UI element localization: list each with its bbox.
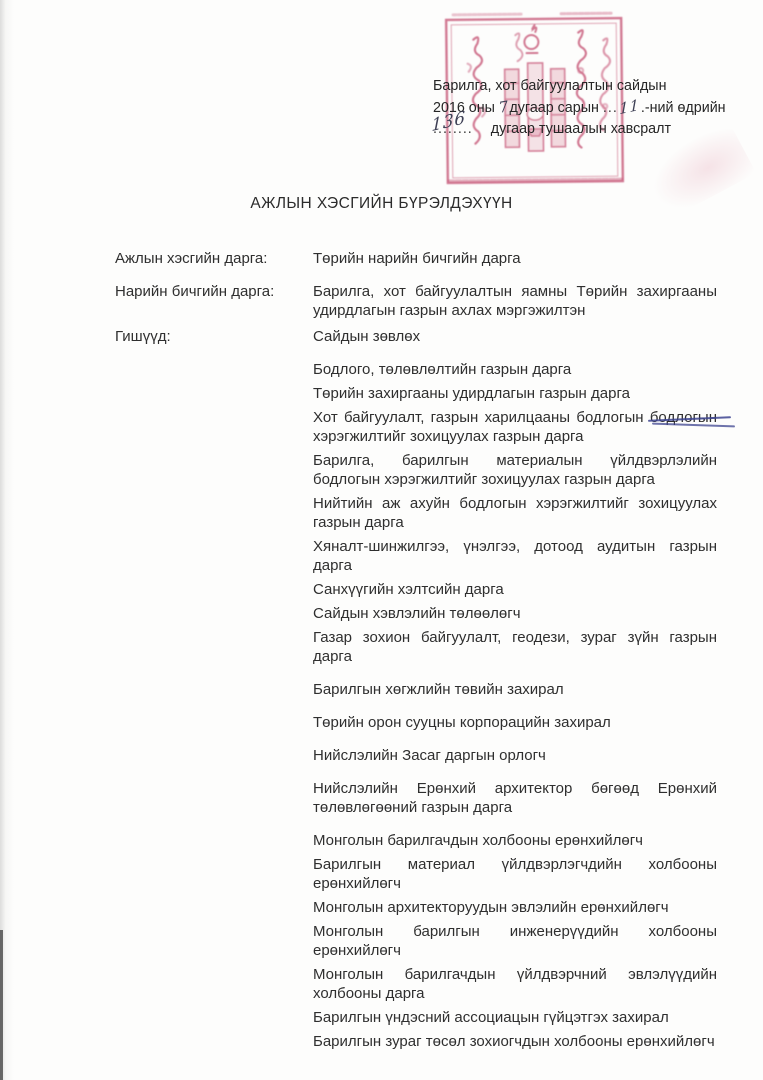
document-title: АЖЛЫН ХЭСГИЙН БҮРЭЛДЭХҮҮН (0, 195, 763, 213)
dotted-line: ... (603, 100, 618, 116)
member-item: Барилгын хөгжлийн төвийн захирал (313, 680, 717, 699)
scanned-document-page: Барилга, хот байгуулалтын сайдын 2016 он… (0, 0, 763, 1080)
annex-note-line2: 2016 оны 7дугаар сарын ...11.-ний өдрийн (433, 97, 753, 119)
handwritten-day: 11 (619, 95, 640, 121)
scan-edge-shadow (0, 0, 14, 1080)
member-item: Газар зохион байгуулалт, геодези, зураг … (313, 628, 717, 666)
role-row-secretary: Нарийн бичгийн дарга: Барилга, хот байгу… (115, 282, 717, 320)
role-label: Нарийн бичгийн дарга: (115, 282, 313, 320)
member-text: Хот байгуулалт, газрын харилцааны бодлог… (313, 409, 650, 426)
member-item: Нийтийн аж ахуйн бодлогын хэрэгжилтийг з… (313, 494, 717, 532)
member-item: Нийслэлийн Засаг даргын орлогч (313, 746, 717, 765)
annex-header-note: Барилга, хот байгуулалтын сайдын 2016 он… (433, 76, 753, 140)
member-item: Сайдын зөвлөх (313, 327, 717, 346)
role-value: Барилга, хот байгуулалтын яамны Төрийн з… (313, 282, 717, 320)
annex-note-line1: Барилга, хот байгуулалтын сайдын (433, 76, 753, 97)
member-item: Төрийн захиргааны удирдлагын газрын дарг… (313, 384, 717, 403)
role-value: Төрийн нарийн бичгийн дарга (313, 249, 717, 268)
role-row-chairman: Ажлын хэсгийн дарга: Төрийн нарийн бичги… (115, 249, 717, 268)
role-label: Гишүүд: (115, 327, 313, 1051)
member-item: Төрийн орон сууцны корпорацийн захирал (313, 713, 717, 732)
member-item: Монголын архитекторуудын эвлэлийн ерөнхи… (313, 898, 717, 917)
member-item: Монголын барилгын инженерүүдийн холбооны… (313, 922, 717, 960)
role-row-members: Гишүүд: Сайдын зөвлөхБодлого, төлөвлөлти… (115, 327, 717, 1051)
member-item: Нийслэлийн Ерөнхий архитектор бөгөөд Ерө… (313, 779, 717, 817)
member-item: Сайдын хэвлэлийн төлөөлөгч (313, 604, 717, 623)
member-item: Хяналт-шинжилгээ, үнэлгээ, дотоод аудиты… (313, 537, 717, 575)
member-item: Монголын барилгачдын үйлдвэрчний эвлэлүү… (313, 965, 717, 1003)
member-item: Бодлого, төлөвлөлтийн газрын дарга (313, 360, 717, 379)
pen-struck-word: бодлогын (650, 408, 717, 427)
member-item: Хот байгуулалт, газрын харилцааны бодлог… (313, 408, 717, 446)
annex-note-line3: ........ 136 дугаар тушаалын хавсралт (433, 119, 753, 140)
member-item: Барилгын үндэсний ассоциацын гүйцэтгэх з… (313, 1008, 717, 1027)
document-body: Ажлын хэсгийн дарга: Төрийн нарийн бичги… (115, 249, 717, 1051)
member-item: Санхүүгийн хэлтсийн дарга (313, 580, 717, 599)
member-item: Монголын барилгачдын холбооны ерөнхийлөг… (313, 831, 717, 850)
member-text: хэрэгжилтийг зохицуулах газрын дарга (313, 428, 584, 445)
member-item: Барилгын материал үйлдвэрлэгчдийн холбоо… (313, 855, 717, 893)
member-item: Барилгын зураг төсөл зохиогчдын холбооны… (313, 1032, 717, 1051)
member-item: Барилга, барилгын материалын үйлдвэрлэли… (313, 451, 717, 489)
role-label: Ажлын хэсгийн дарга: (115, 249, 313, 268)
scan-edge-line (0, 930, 3, 1080)
members-list: Сайдын зөвлөхБодлого, төлөвлөлтийн газры… (313, 327, 717, 1051)
